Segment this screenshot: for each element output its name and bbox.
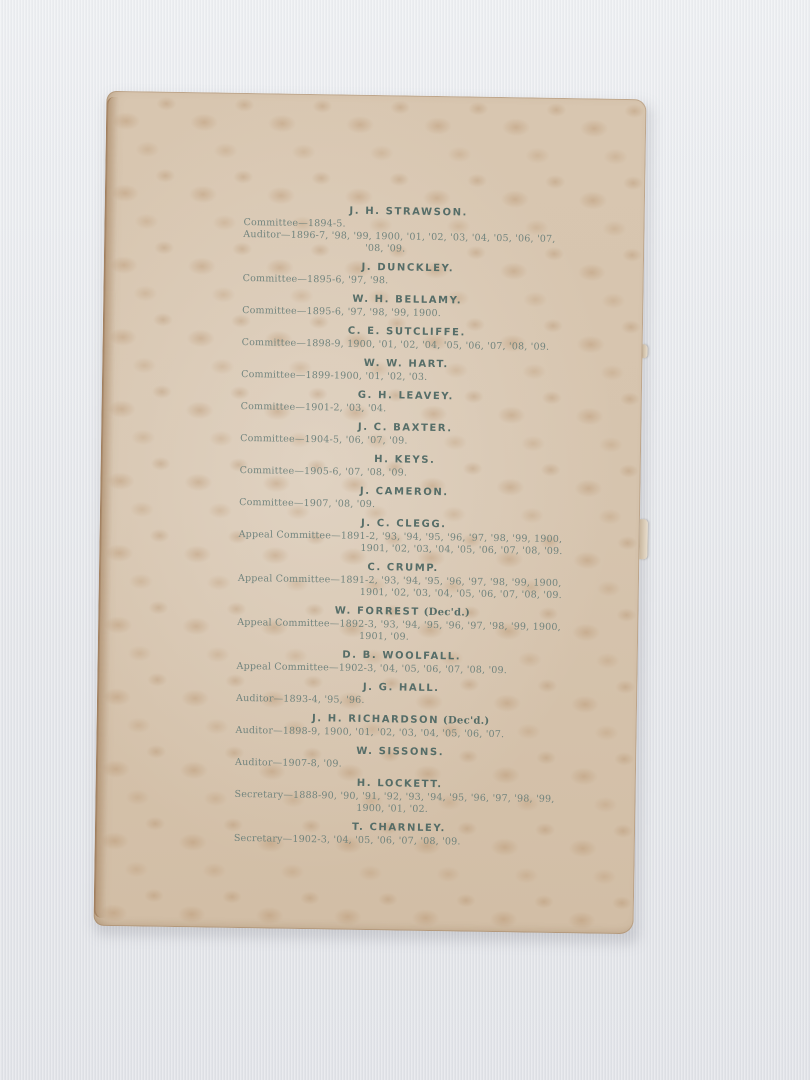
- official-entry: H. KEYS. Committee—1905-6, '07, '08, '09…: [226, 451, 566, 482]
- role-years: Auditor—1907-8, '09.: [235, 757, 342, 770]
- role-years: Committee—1895-6, '97, '98, '99, 1900.: [242, 305, 441, 319]
- role-years: Committee—1894-5.: [243, 217, 345, 230]
- spine-edge: [94, 97, 119, 918]
- official-entry: W. SISSONS. Auditor—1907-8, '09.: [221, 743, 561, 774]
- official-name-text: C. E. SUTCLIFFE.: [348, 326, 466, 339]
- role-years: Committee—1905-6, '07, '08, '09.: [240, 465, 408, 479]
- official-name-text: H. LOCKETT.: [357, 778, 443, 790]
- official-name-text: J. DUNCKLEY.: [361, 262, 454, 274]
- role-years: Secretary—1902-3, '04, '05, '06, '07, '0…: [234, 833, 461, 848]
- official-name-text: H. KEYS.: [374, 454, 435, 466]
- official-entry: J. CAMERON. Committee—1907, '08, '09.: [225, 483, 565, 514]
- role-years: Committee—1895-6, '97, '98.: [243, 273, 389, 286]
- official-name-text: J. H. RICHARDSON: [312, 713, 439, 726]
- official-name-text: J. CAMERON.: [360, 486, 449, 498]
- official-roles: Committee—1894-5.Auditor—1896-7, '98, '9…: [229, 217, 570, 258]
- official-entry: J. H. STRAWSON. Committee—1894-5.Auditor…: [229, 203, 570, 258]
- official-entry: J. C. CLEGG. Appeal Committee—1891-2, '9…: [224, 515, 565, 558]
- role-years: Committee—1907, '08, '09.: [239, 497, 375, 510]
- official-entry: J. H. RICHARDSON (Dec'd.) Auditor—1898-9…: [221, 711, 561, 742]
- official-entry: D. B. WOOLFALL. Appeal Committee—1902-3,…: [222, 647, 562, 678]
- official-name-text: G. H. LEAVEY.: [358, 390, 454, 403]
- official-entry: J. DUNCKLEY. Committee—1895-6, '97, '98.: [229, 259, 569, 290]
- official-name-text: D. B. WOOLFALL.: [342, 650, 461, 663]
- role-years: Committee—1901-2, '03, '04.: [241, 401, 387, 414]
- officials-list: J. H. STRAWSON. Committee—1894-5.Auditor…: [220, 203, 570, 856]
- official-entry: T. CHARNLEY. Secretary—1902-3, '04, '05,…: [220, 819, 560, 850]
- binding-thread: [639, 519, 648, 559]
- official-name-text: W. SISSONS.: [356, 746, 444, 758]
- official-name-text: W. H. BELLAMY.: [352, 294, 462, 307]
- booklet-back-cover: J. H. STRAWSON. Committee—1894-5.Auditor…: [93, 91, 646, 934]
- official-entry: C. E. SUTCLIFFE. Committee—1898-9, 1900,…: [228, 323, 568, 354]
- role-years: Committee—1904-5, '06, '07, '09.: [240, 433, 408, 447]
- official-name-text: J. H. STRAWSON.: [349, 206, 468, 219]
- role-years: Auditor—1893-4, '95, '96.: [236, 693, 365, 706]
- official-entry: C. CRUMP. Appeal Committee—1891-2, '93, …: [224, 559, 565, 602]
- deceased-note: (Dec'd.): [420, 607, 470, 619]
- official-name-text: T. CHARNLEY.: [352, 822, 446, 834]
- official-entry: J. G. HALL. Auditor—1893-4, '95, '96.: [222, 679, 562, 710]
- official-name-text: C. CRUMP.: [367, 562, 439, 574]
- official-name-text: W. FORREST: [335, 605, 420, 617]
- official-entry: H. LOCKETT. Secretary—1888-90, '90, '91,…: [220, 775, 561, 818]
- binding-thread-top: [642, 344, 647, 358]
- deceased-note: (Dec'd.): [439, 715, 489, 727]
- official-name-text: J. C. BAXTER.: [358, 422, 453, 434]
- official-name-text: J. C. CLEGG.: [361, 518, 447, 530]
- role-years: Committee—1899-1900, '01, '02, '03.: [241, 369, 427, 383]
- official-entry: J. C. BAXTER. Committee—1904-5, '06, '07…: [226, 419, 566, 450]
- official-name-text: J. G. HALL.: [363, 682, 440, 694]
- official-entry: G. H. LEAVEY. Committee—1901-2, '03, '04…: [227, 387, 567, 418]
- official-entry: W. H. BELLAMY. Committee—1895-6, '97, '9…: [228, 291, 568, 322]
- official-entry: W. FORREST (Dec'd.) Appeal Committee—189…: [223, 603, 564, 646]
- official-name-text: W. W. HART.: [364, 358, 449, 370]
- official-entry: W. W. HART. Committee—1899-1900, '01, '0…: [227, 355, 567, 386]
